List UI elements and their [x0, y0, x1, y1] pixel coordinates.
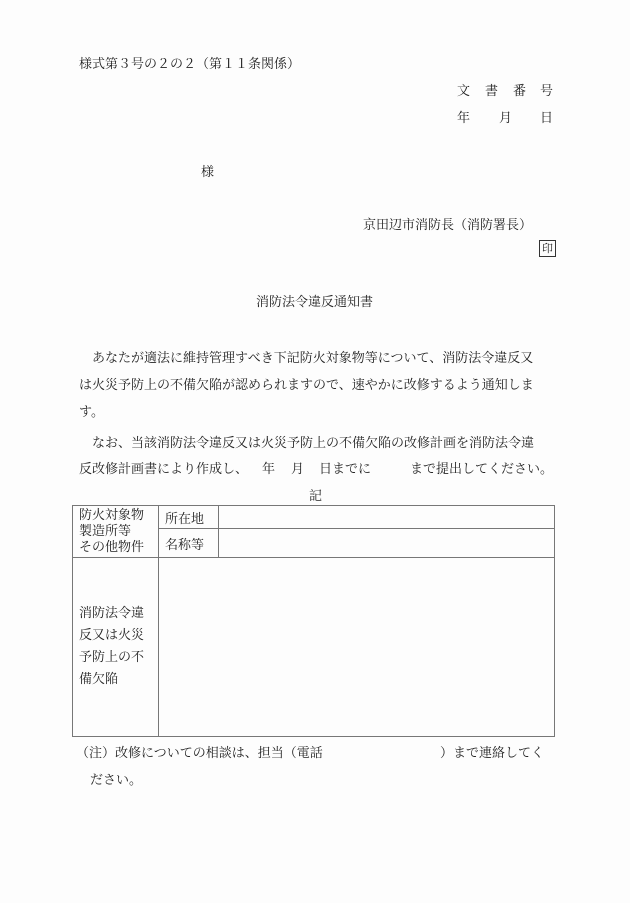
body-para1-line2: は火災予防上の不備欠陥が認められますので、速やかに改修するよう通知しま: [79, 374, 534, 393]
deadline-year: 年: [262, 458, 275, 477]
document-title: 消防法令違反通知書: [256, 291, 373, 310]
object-header-line: 製造所等: [79, 524, 158, 540]
date-month: 月: [499, 107, 512, 126]
name-field[interactable]: [219, 529, 555, 558]
doc-number-char: 号: [540, 80, 553, 99]
location-label: 所在地: [159, 506, 219, 529]
date-year: 年: [457, 107, 470, 126]
submission-text: 反改修計画書により作成し、: [79, 458, 248, 477]
body-para1-line3: す。: [79, 401, 104, 420]
name-label: 名称等: [159, 529, 219, 558]
object-header-line: 防火対象物: [79, 508, 158, 524]
note-line2: ださい。: [90, 769, 142, 788]
note-line1: （注）改修についての相談は、担当（電話: [76, 742, 323, 761]
submission-text-end: まで提出してください。: [410, 458, 553, 477]
ki-heading: 記: [309, 485, 322, 504]
doc-number-char: 書: [485, 80, 498, 99]
location-field[interactable]: [219, 506, 555, 529]
details-table: 防火対象物 製造所等 その他物件 所在地 名称等 消防法令違 反又は火災 予防上…: [72, 505, 555, 737]
violation-header: 消防法令違 反又は火災 予防上の不 備欠陥: [73, 558, 159, 737]
form-number: 様式第３号の２の２（第１１条関係）: [79, 53, 300, 72]
violation-field[interactable]: [159, 558, 555, 737]
deadline-day: 日までに: [319, 458, 371, 477]
doc-number-char: 番: [513, 80, 526, 99]
seal-mark: 印: [539, 240, 556, 257]
object-header-line: その他物件: [79, 540, 158, 556]
object-header: 防火対象物 製造所等 その他物件: [73, 506, 159, 558]
violation-header-line: 備欠陥: [79, 669, 158, 691]
violation-header-line: 予防上の不: [79, 647, 158, 669]
doc-number-char: 文: [457, 80, 470, 99]
deadline-month: 月: [291, 458, 304, 477]
violation-header-line: 消防法令違: [79, 603, 158, 625]
body-para1-line1: あなたが適法に維持管理すべき下記防火対象物等について、消防法令違反又: [92, 347, 533, 366]
note-line1-end: ）まで連絡してく: [440, 742, 544, 761]
violation-header-line: 反又は火災: [79, 625, 158, 647]
date-day: 日: [540, 107, 553, 126]
addressee-honorific: 様: [201, 161, 214, 180]
sender-name: 京田辺市消防長（消防署長）: [363, 214, 532, 233]
body-para2-line1: なお、当該消防法令違反又は火災予防上の不備欠陥の改修計画を消防法令違: [92, 432, 534, 451]
